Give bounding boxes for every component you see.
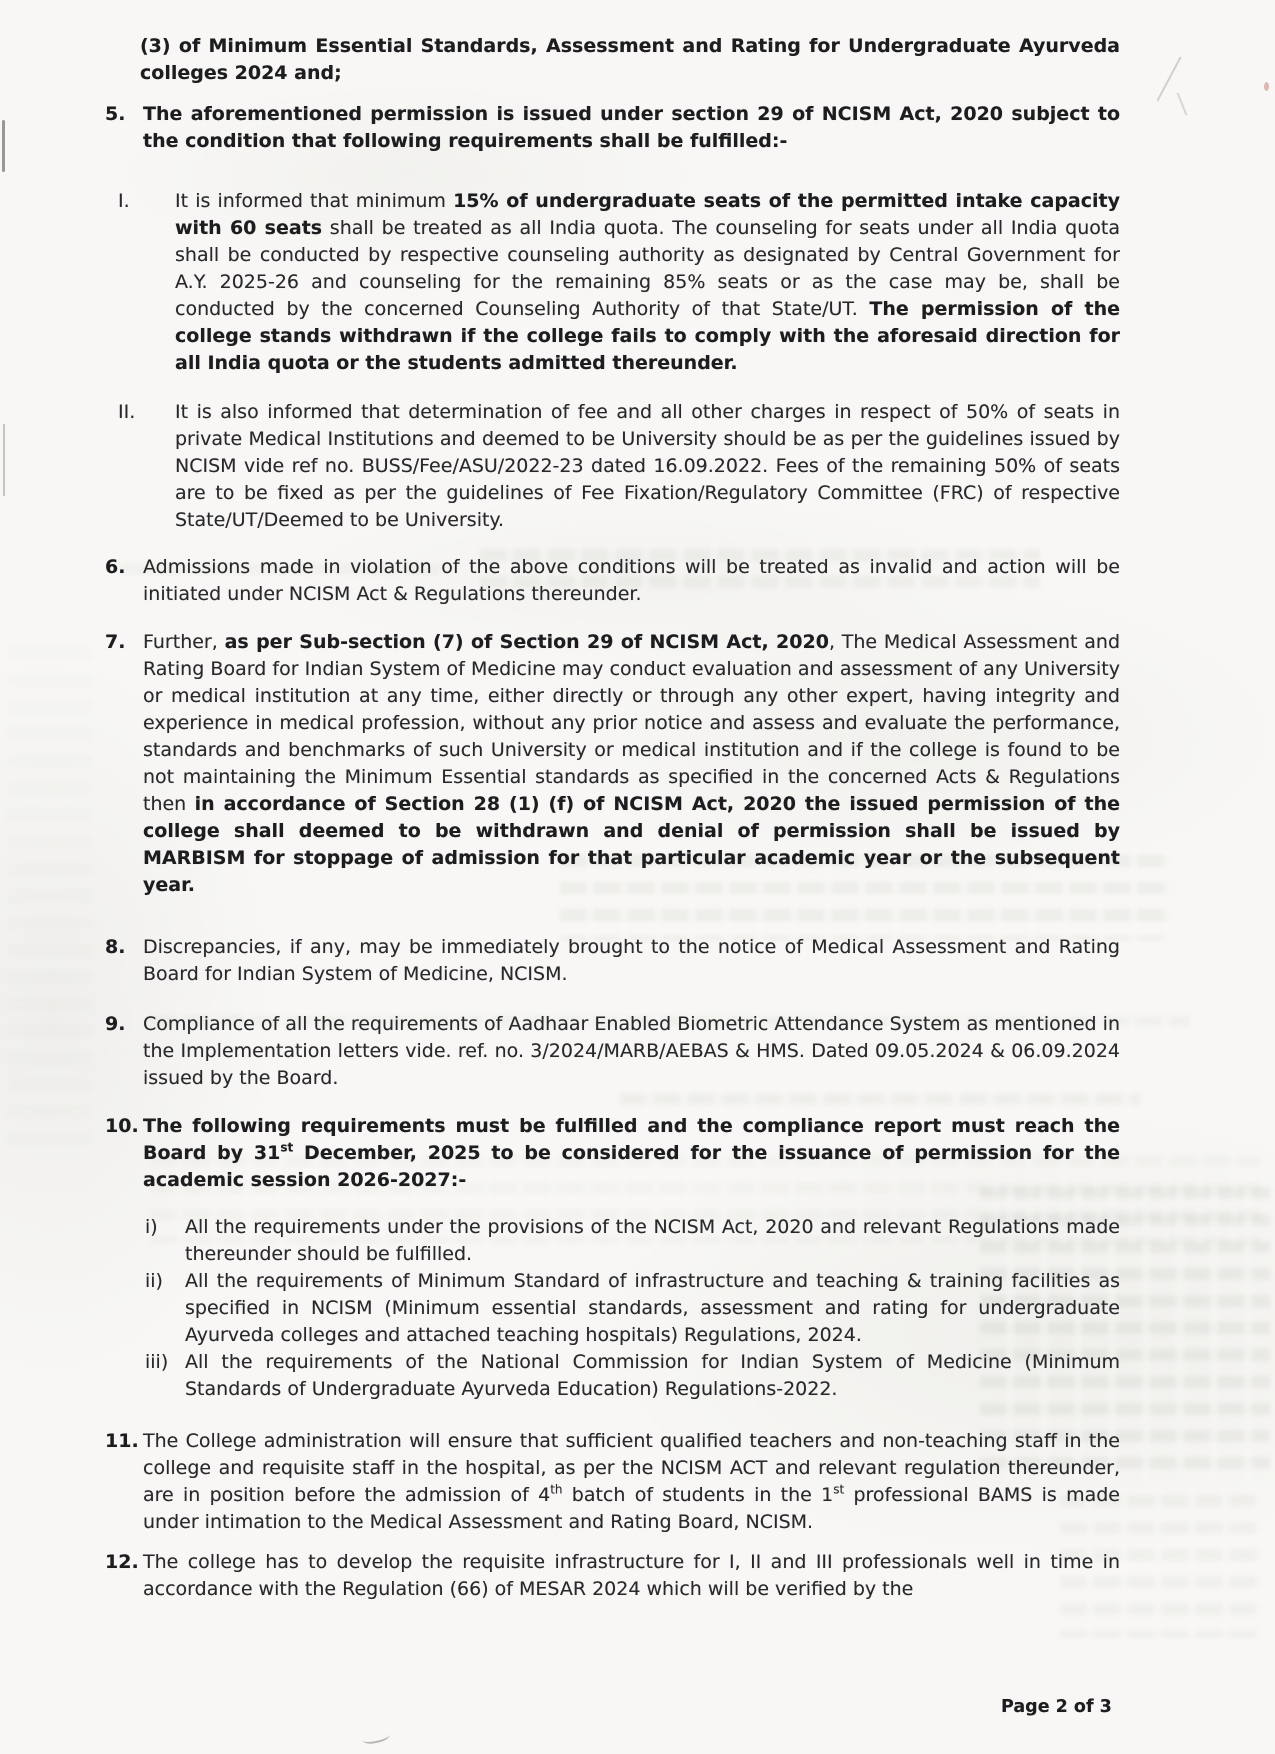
list-item: II. It is also informed that determinati… <box>118 399 1120 534</box>
item-marker: I. <box>118 188 175 377</box>
list-item: 10. The following requirements must be f… <box>105 1113 1120 1194</box>
bleed-through-artifact <box>8 640 92 1160</box>
item-marker: 5. <box>105 101 143 155</box>
item-marker: 10. <box>105 1113 143 1194</box>
pen-mark <box>361 1729 391 1746</box>
item-text: Admissions made in violation of the abov… <box>143 554 1120 608</box>
item-text: All the requirements of Minimum Standard… <box>185 1268 1120 1349</box>
item-marker: 12. <box>105 1549 143 1603</box>
item-marker: 7. <box>105 629 143 899</box>
list-item: 6. Admissions made in violation of the a… <box>105 554 1120 608</box>
scan-edge-artifact <box>3 424 5 496</box>
item-marker: 6. <box>105 554 143 608</box>
crease-mark <box>1177 92 1188 115</box>
item-text: Compliance of all the requirements of Aa… <box>143 1011 1120 1092</box>
list-item: 8. Discrepancies, if any, may be immedia… <box>105 934 1120 988</box>
list-item: (3) of Minimum Essential Standards, Asse… <box>140 33 1120 87</box>
item-text: All the requirements of the National Com… <box>185 1349 1120 1403</box>
item-text: All the requirements under the provision… <box>185 1214 1120 1268</box>
item-text: It is also informed that determination o… <box>175 399 1120 534</box>
list-item: 7. Further, as per Sub-section (7) of Se… <box>105 629 1120 899</box>
list-item: I. It is informed that minimum 15% of un… <box>118 188 1120 377</box>
item-text: The aforementioned permission is issued … <box>143 101 1120 155</box>
list-item: 9. Compliance of all the requirements of… <box>105 1011 1120 1092</box>
item-marker: 11. <box>105 1428 143 1536</box>
list-item: 11. The College administration will ensu… <box>105 1428 1120 1536</box>
item-text: Discrepancies, if any, may be immediatel… <box>143 934 1120 988</box>
item-marker: i) <box>145 1214 185 1268</box>
item-text: The following requirements must be fulfi… <box>143 1113 1120 1194</box>
item-text: The College administration will ensure t… <box>143 1428 1120 1536</box>
item-text: The college has to develop the requisite… <box>143 1549 1120 1603</box>
item-marker: 9. <box>105 1011 143 1092</box>
item-marker: 8. <box>105 934 143 988</box>
page-number: Page 2 of 3 <box>1001 1697 1112 1717</box>
item-text: (3) of Minimum Essential Standards, Asse… <box>140 35 1120 84</box>
item-text: It is informed that minimum 15% of under… <box>175 188 1120 377</box>
list-item: iii) All the requirements of the Nationa… <box>145 1349 1120 1403</box>
document-body: (3) of Minimum Essential Standards, Asse… <box>105 33 1120 1603</box>
list-item: 12. The college has to develop the requi… <box>105 1549 1120 1603</box>
ink-speck <box>1264 82 1269 91</box>
item-marker: ii) <box>145 1268 185 1349</box>
item-marker: II. <box>118 399 175 534</box>
scan-edge-artifact <box>2 120 5 172</box>
item-text: Further, as per Sub-section (7) of Secti… <box>143 629 1120 899</box>
item-marker: iii) <box>145 1349 185 1403</box>
list-item: ii) All the requirements of Minimum Stan… <box>145 1268 1120 1349</box>
list-item: i) All the requirements under the provis… <box>145 1214 1120 1268</box>
list-item: 5. The aforementioned permission is issu… <box>105 101 1120 155</box>
